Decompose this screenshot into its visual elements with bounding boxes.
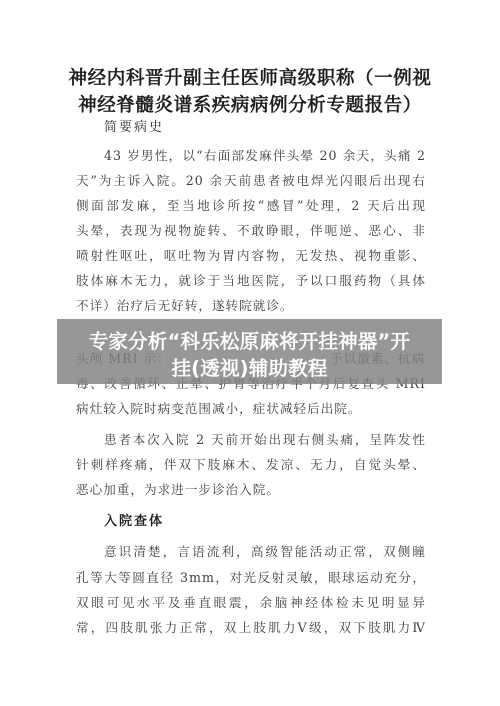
history-p3-line-3: 恶心加重，为求进一步诊治入院。 (76, 479, 426, 498)
exam-p1-line-2: 孔等大等圆直径 3mm，对光反射灵敏，眼球运动充分， (76, 567, 426, 586)
exam-p1-line-3: 双眼可见水平及垂直眼震，余脑神经体检未见明显异 (76, 592, 426, 611)
history-p1-line-2: 天”为主诉入院。20 余天前患者被电焊光闪眼后出现右 (76, 170, 426, 189)
overlay-banner-line-1: 专家分析“科乐松原麻将开挂神器”开 (57, 326, 442, 354)
history-p1-line-1: 43 岁男性，以“右面部发麻伴头晕 20 余天，头痛 2 (104, 145, 426, 164)
history-p1-line-7: 不详）治疗后无好转，遂转院就诊。 (76, 295, 426, 314)
document-page: 神经内科晋升副主任医师高级职称（一例视 神经脊髓炎谱系疾病病例分析专题报告） 简… (0, 0, 500, 706)
document-title-line-2: 神经脊髓炎谱系疾病病例分析专题报告） (0, 91, 500, 117)
section-heading-exam: 入院查体 (104, 510, 164, 529)
exam-p1-line-1: 意识清楚，言语流利，高级智能活动正常，双侧瞳 (104, 541, 426, 560)
history-p2-line-3: 病灶较入院时病变范围减小，症状减轻后出院。 (76, 398, 426, 417)
history-p1-line-3: 侧面部发麻，至当地诊所按“感冒”处理，2 天后出现 (76, 195, 426, 214)
history-p1-line-5: 喷射性呕吐，呕吐物为胃内容物，无发热、视物重影、 (76, 245, 426, 264)
exam-p1-line-4: 常，四肢肌张力正常，双上肢肌力Ⅴ级，双下肢肌力Ⅳ (76, 617, 426, 636)
overlay-banner-line-2: 挂(透视)辅助教程 (57, 353, 442, 381)
history-p1-line-4: 头晕，表现为视物旋转、不敢睁眼，伴呃逆、恶心、非 (76, 220, 426, 239)
history-p1-line-6: 肢体麻木无力，就诊于当地医院，予以口服药物（具体 (76, 270, 426, 289)
history-p3-line-2: 针刺样疼痛，伴双下肢麻木、发凉、无力，自觉头晕、 (76, 454, 426, 473)
document-title-line-1: 神经内科晋升副主任医师高级职称（一例视 (0, 64, 500, 90)
section-heading-history: 简要病史 (104, 116, 164, 135)
history-p3-line-1: 患者本次入院 2 天前开始出现右侧头痛，呈阵发性 (104, 429, 426, 448)
